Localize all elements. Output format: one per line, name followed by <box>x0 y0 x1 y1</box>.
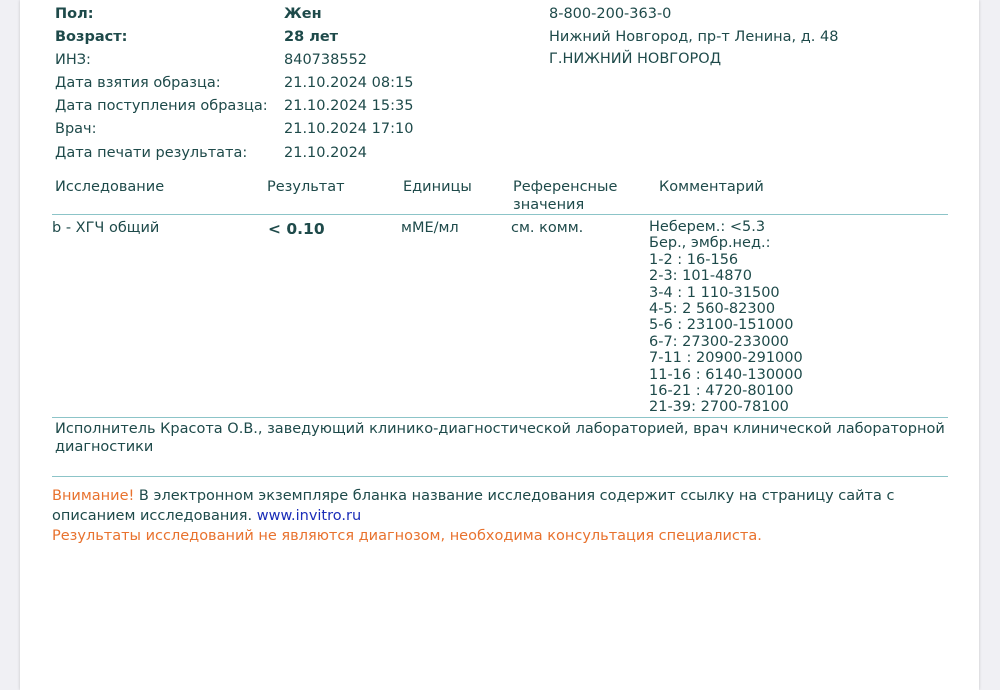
header-test: Исследование <box>55 178 164 196</box>
comment-line: 7-11 : 20900-291000 <box>649 350 803 366</box>
attention-paragraph: Внимание! В электронном экземпляре бланк… <box>52 486 957 526</box>
comment-line: 16-21 : 4720-80100 <box>649 383 803 399</box>
lab-phone: 8-800-200-363-0 <box>549 5 671 23</box>
header-result: Результат <box>267 178 345 196</box>
executor-line1: Исполнитель Красота О.В., заведующий кли… <box>55 420 945 438</box>
doctor-label: Врач: <box>55 120 97 138</box>
executor-line2: диагностики <box>55 438 153 456</box>
test-reference: см. комм. <box>511 219 583 237</box>
header-comment: Комментарий <box>659 178 764 196</box>
invitro-link[interactable]: www.invitro.ru <box>257 508 361 524</box>
lab-address: Нижний Новгород, пр-т Ленина, д. 48 <box>549 28 838 46</box>
comment-line: 11-16 : 6140-130000 <box>649 367 803 383</box>
doctor-value: 21.10.2024 17:10 <box>284 120 413 138</box>
inz-label: ИНЗ: <box>55 51 91 69</box>
received-date-value: 21.10.2024 15:35 <box>284 97 413 115</box>
comment-line: 5-6 : 23100-151000 <box>649 317 803 333</box>
comment-line: 6-7: 27300-233000 <box>649 334 803 350</box>
test-result: < 0.10 <box>268 220 325 238</box>
inz-value: 840738552 <box>284 51 367 69</box>
print-date-value: 21.10.2024 <box>284 144 367 162</box>
age-label: Возраст: <box>55 28 127 46</box>
comment-line: 1-2 : 16-156 <box>649 252 803 268</box>
attention-text: В электронном экземпляре бланка название… <box>52 488 894 524</box>
sample-date-label: Дата взятия образца: <box>55 74 221 92</box>
comment-line: 4-5: 2 560-82300 <box>649 301 803 317</box>
executor-divider <box>52 476 948 477</box>
comment-line: 21-39: 2700-78100 <box>649 399 803 415</box>
attention-label: Внимание! <box>52 488 134 504</box>
sample-date-value: 21.10.2024 08:15 <box>284 74 413 92</box>
received-date-label: Дата поступления образца: <box>55 97 268 115</box>
comment-line: 3-4 : 1 110-31500 <box>649 285 803 301</box>
comment-line: 2-3: 101-4870 <box>649 268 803 284</box>
lab-city: Г.НИЖНИЙ НОВГОРОД <box>549 50 721 68</box>
print-date-label: Дата печати результата: <box>55 144 247 162</box>
comment-line: Бер., эмбр.нед.: <box>649 235 803 251</box>
comment-line: Неберем.: <5.3 <box>649 219 803 235</box>
table-header-divider <box>52 214 948 215</box>
notice-block: Внимание! В электронном экземпляре бланк… <box>52 486 957 546</box>
table-row-divider <box>52 417 948 418</box>
sex-label: Пол: <box>55 5 94 23</box>
age-value: 28 лет <box>284 28 338 46</box>
sex-value: Жен <box>284 5 322 23</box>
test-units: мМЕ/мл <box>401 219 459 237</box>
test-comment: Неберем.: <5.3Бер., эмбр.нед.:1-2 : 16-1… <box>649 219 803 416</box>
header-reference-line2: значения <box>513 196 584 214</box>
test-name[interactable]: b - ХГЧ общий <box>52 219 159 237</box>
header-reference: Референсные <box>513 178 617 196</box>
header-units: Единицы <box>403 178 472 196</box>
disclaimer-text: Результаты исследований не являются диаг… <box>52 526 957 546</box>
